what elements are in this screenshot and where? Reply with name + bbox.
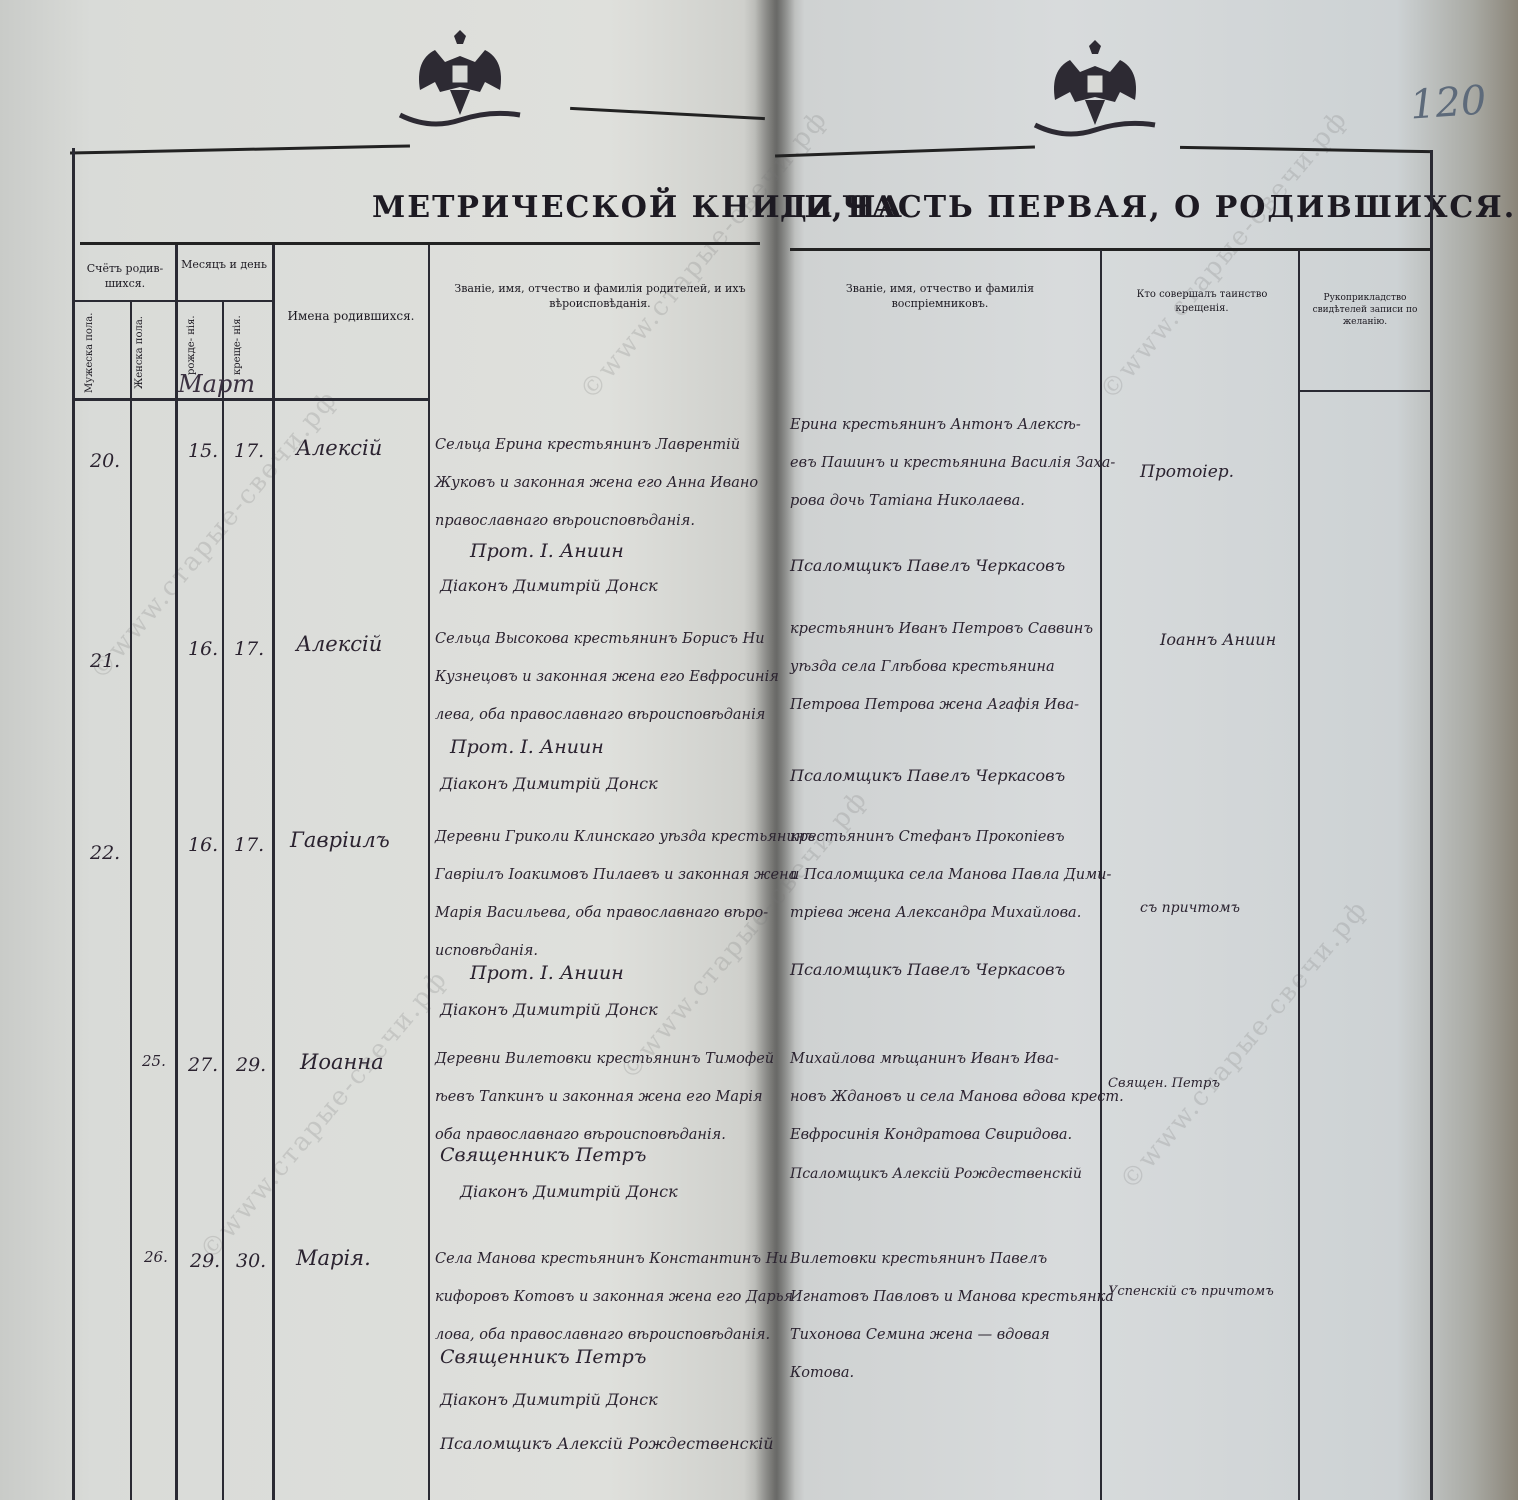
baptism-day: 17.: [234, 638, 264, 660]
title-rule: [80, 242, 760, 245]
header-rule: [570, 107, 765, 120]
header-bottom-line: [75, 398, 430, 401]
birth-day: 29.: [190, 1250, 220, 1272]
signature: Священникъ Петръ: [440, 1144, 646, 1166]
godparents-text: Ерина крестьянинъ Антонъ Алексѣ-евъ Паши…: [790, 406, 1115, 520]
baptism-day: 17.: [234, 440, 264, 462]
header-parents: Званіе, имя, отчество и фамилія родителе…: [440, 282, 760, 312]
male-count: 20.: [90, 450, 120, 472]
column-line: [175, 245, 178, 1500]
parents-text: Деревни Гриколи Клинскаго уѣзда крестьян…: [435, 818, 815, 970]
header-month-day: Месяцъ и день: [178, 258, 270, 273]
header-male: Мужеска пола.: [84, 310, 96, 395]
godparents-text: Михайлова мѣщанинъ Иванъ Ива-новъ Жданов…: [790, 1040, 1124, 1154]
signature: Діаконъ Димитрій Донск: [440, 1000, 658, 1019]
child-name: Иоанна: [300, 1050, 384, 1074]
metric-book-spread: ©www.старые-свечи.рф ©www.старые-свечи.р…: [0, 0, 1518, 1500]
double-headed-eagle-emblem-icon: [1030, 30, 1160, 140]
performer: Іоаннъ Аниин: [1160, 630, 1276, 649]
signature: Прот. І. Аниин: [450, 736, 604, 758]
child-name: Алексій: [296, 436, 382, 460]
signature: Прот. І. Аниин: [470, 540, 624, 562]
child-name: Алексій: [296, 632, 382, 656]
watermark: ©www.старые-свечи.рф: [194, 964, 454, 1265]
month-label: Март: [178, 370, 255, 398]
watermark: ©www.старые-свечи.рф: [1114, 894, 1374, 1195]
header-godparents: Званіе, имя, отчество и фамилія воспріем…: [800, 282, 1080, 312]
baptism-day: 30.: [236, 1250, 266, 1272]
signature: Псаломщикъ Павелъ Черкасовъ: [790, 556, 1065, 575]
child-name: Гавріилъ: [290, 828, 390, 852]
signature: Священникъ Петръ: [440, 1346, 646, 1368]
female-count: 26.: [144, 1248, 168, 1266]
signature: Псаломщикъ Алексій Рождественскій: [790, 1166, 1082, 1182]
header-count: Счётъ родив- шихся.: [78, 262, 172, 292]
male-count: 21.: [90, 650, 120, 672]
birth-day: 27.: [188, 1054, 218, 1076]
parents-text: Деревни Вилетовки крестьянинъ Тимофейѣев…: [435, 1040, 774, 1154]
baptism-day: 17.: [234, 834, 264, 856]
godparents-text: Вилетовки крестьянинъ ПавелъИгнатовъ Пав…: [790, 1240, 1114, 1392]
parents-text: Сельца Ерина крестьянинъ ЛаврентійЖуковъ…: [435, 426, 758, 540]
signature: Псаломщикъ Павелъ Черкасовъ: [790, 960, 1065, 979]
signature: Діаконъ Димитрій Донск: [460, 1182, 678, 1201]
birth-day: 16.: [188, 638, 218, 660]
performer: Протоіер.: [1140, 462, 1234, 482]
male-count: 22.: [90, 842, 120, 864]
column-line: [428, 245, 430, 1500]
header-female: Женска пола.: [134, 310, 146, 395]
female-count: 25.: [142, 1052, 166, 1070]
table-border: [1430, 150, 1433, 1500]
column-line: [272, 245, 275, 1500]
header-names: Имена родившихся.: [276, 308, 426, 324]
godparents-text: крестьянинъ Иванъ Петровъ Саввинъуѣзда с…: [790, 610, 1093, 724]
godparents-text: крестьянинъ Стефанъ Прокопіевъи Псаломщи…: [790, 818, 1111, 932]
signature: Діаконъ Димитрій Донск: [440, 1390, 658, 1409]
header-line: [75, 300, 175, 302]
performer: Успенскій съ причтомъ: [1108, 1284, 1274, 1299]
signature: Псаломщикъ Павелъ Черкасовъ: [790, 766, 1065, 785]
parents-text: Села Манова крестьянинъ Константинъ Ники…: [435, 1240, 793, 1354]
birth-day: 16.: [188, 834, 218, 856]
page-number: 120: [1408, 77, 1487, 128]
year-fragment: ДZ,: [780, 190, 845, 225]
signature: Діаконъ Димитрій Донск: [440, 576, 658, 595]
column-line: [130, 300, 132, 1500]
header-bottom-line: [1300, 390, 1430, 392]
signature: Псаломщикъ Алексій Рождественскій: [440, 1434, 774, 1453]
watermark: ©www.старые-свечи.рф: [574, 104, 834, 405]
table-border: [72, 148, 75, 1500]
double-headed-eagle-emblem-icon: [395, 20, 525, 130]
column-line: [222, 300, 224, 1500]
parents-text: Сельца Высокова крестьянинъ Борисъ НиКуз…: [435, 620, 779, 734]
header-line: [175, 300, 272, 302]
header-rule: [70, 144, 410, 154]
signature: Прот. І. Аниин: [470, 962, 624, 984]
birth-day: 15.: [188, 440, 218, 462]
performer: Священ. Петръ: [1108, 1076, 1220, 1091]
performer: съ причтомъ: [1140, 900, 1240, 916]
header-signatures: Рукоприкладство свидѣтелей записи по жел…: [1302, 292, 1428, 328]
signature: Діаконъ Димитрій Донск: [440, 774, 658, 793]
baptism-day: 29.: [236, 1054, 266, 1076]
page-title-right: ЧАСТЬ ПЕРВАЯ, О РОДИВШИХСЯ.: [842, 190, 1516, 225]
title-rule: [790, 248, 1430, 251]
column-line: [1298, 250, 1300, 1500]
header-performer: Кто совершалъ таинство крещенія.: [1112, 288, 1292, 315]
child-name: Марія.: [296, 1246, 371, 1270]
